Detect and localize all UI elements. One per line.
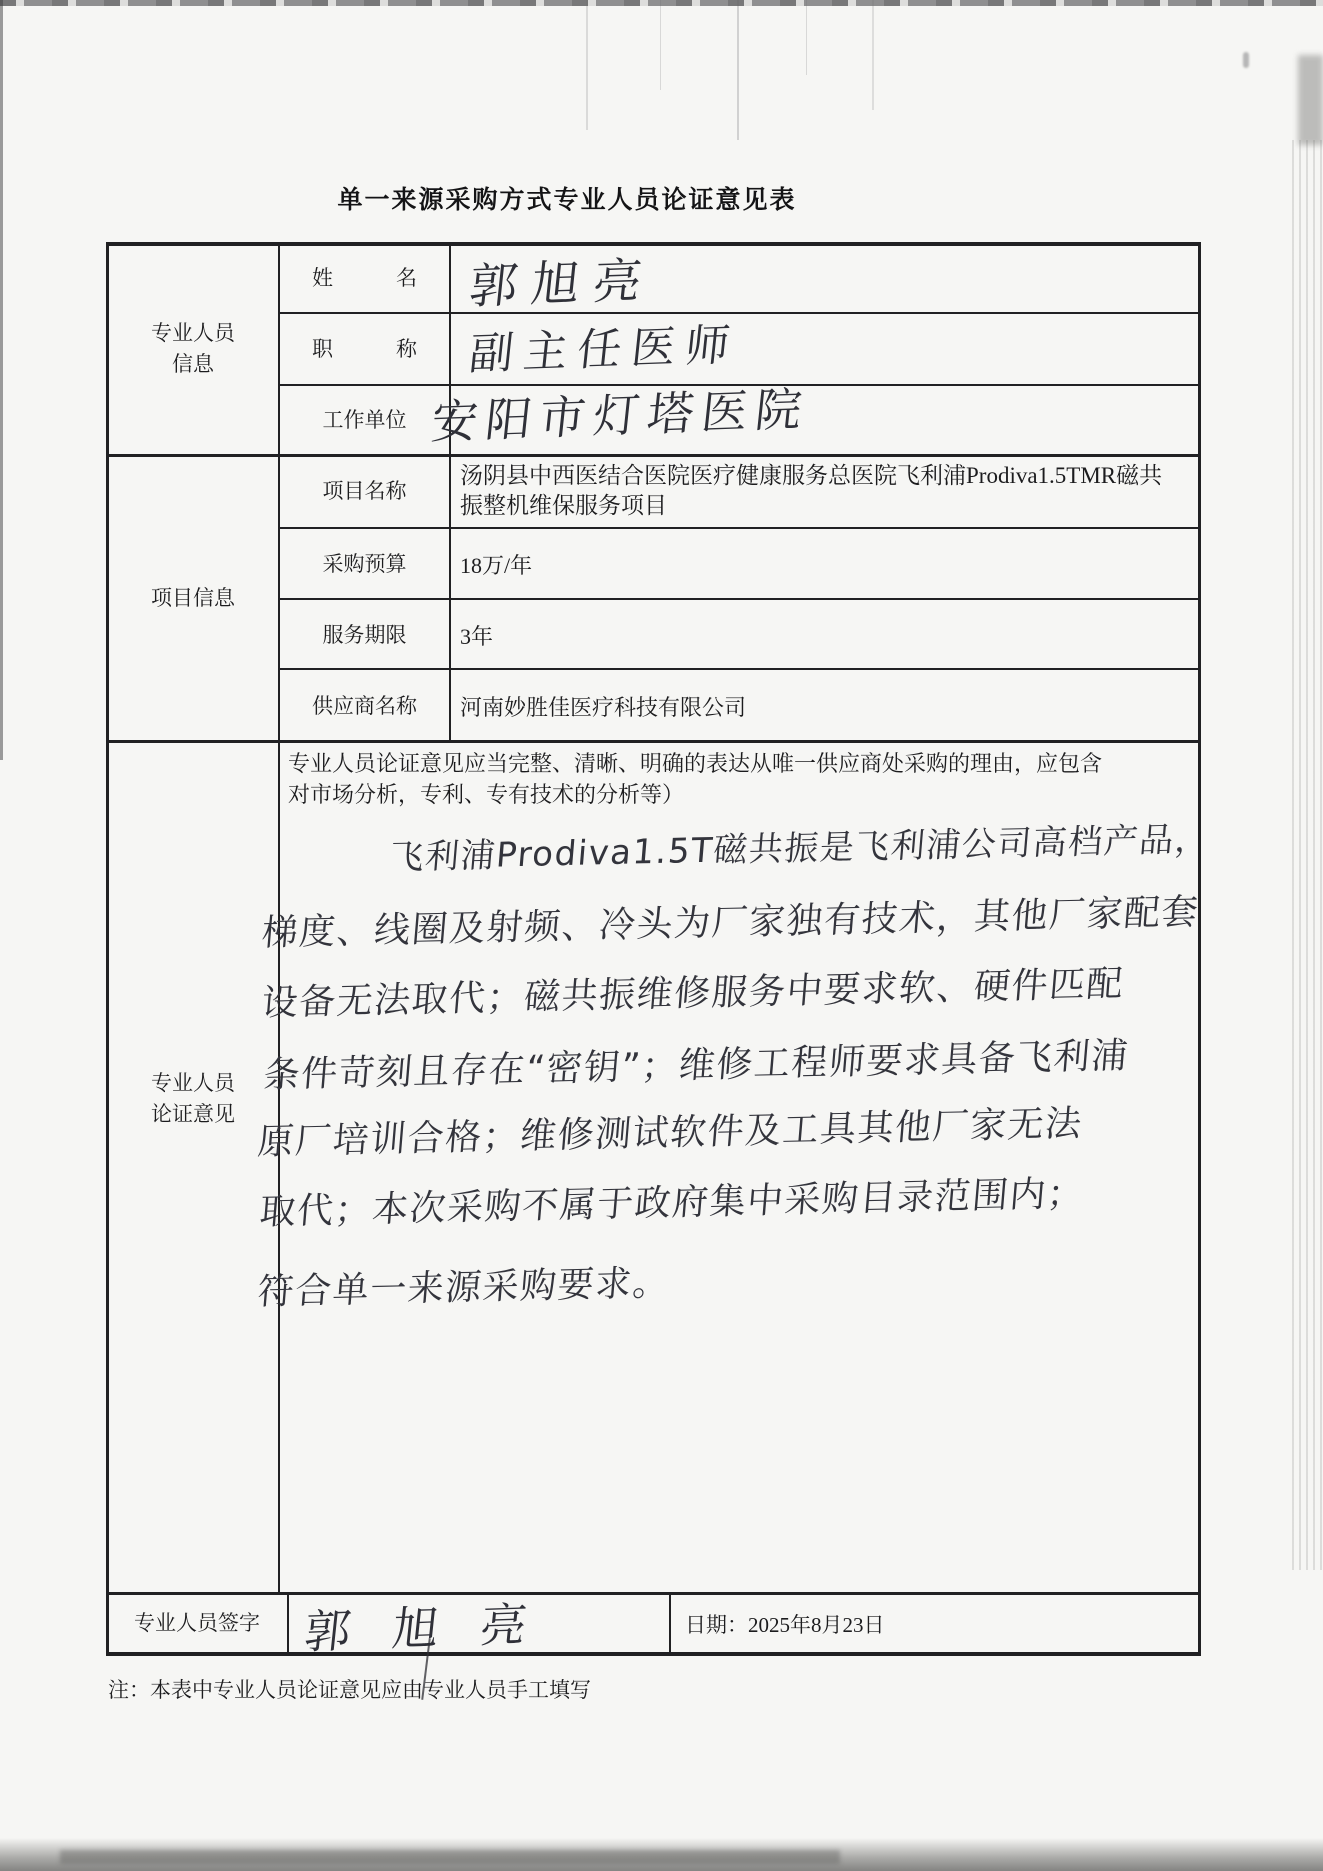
border-sig-col1 (287, 1593, 289, 1654)
handwritten-signature: 郭旭亮 (302, 1587, 573, 1662)
opinion-handwriting-line-3: 设备无法取代；磁共振维修服务中要求软、硬件匹配 (260, 955, 1126, 1026)
signature-label: 专业人员签字 (107, 1593, 287, 1654)
opinion-handwriting-line-1: 飞利浦Prodiva1.5T磁共振是飞利浦公司高档产品， (388, 811, 1213, 879)
scan-right-edge-band (1292, 140, 1323, 1570)
scan-top-streak-5 (872, 0, 874, 110)
opinion-handwriting-line-5: 原厂培训合格；维修测试软件及工具其他厂家无法 (256, 1095, 1085, 1165)
scan-bottom-smear (60, 1850, 840, 1864)
border-sig-col2 (669, 1593, 671, 1654)
opinion-handwriting-line-6: 取代；本次采购不属于政府集中采购目录范围内； (258, 1165, 1087, 1235)
handwritten-name: 郭旭亮 (466, 241, 659, 317)
scan-right-small-mark (1243, 52, 1249, 68)
value-budget: 18万/年 (460, 528, 1190, 600)
field-label-project-name: 项目名称 (279, 455, 450, 528)
opinion-instruction-line-2: 对市场分析，专利、专有技术的分析等） (288, 780, 1193, 810)
footer-note: 注：本表中专业人员论证意见应由专业人员手工填写 (108, 1674, 591, 1704)
value-project-name: 汤阴县中西医结合医院医疗健康服务总医院飞利浦Prodiva1.5TMR磁共振整机… (460, 461, 1172, 521)
opinion-handwriting-line-2: 梯度、线圈及射频、冷头为厂家独有技术，其他厂家配套 (260, 884, 1201, 956)
scan-top-streak-2 (660, 0, 661, 90)
scanned-form-page: 单一来源采购方式专业人员论证意见表 专业人员信息 项目信息 专业人员论证意见 姓… (0, 0, 1323, 1871)
scan-bottom-band (0, 1838, 1323, 1871)
section-label-project: 项目信息 (147, 455, 239, 742)
scan-left-edge-line (0, 0, 3, 760)
handwritten-job-title: 副主任医师 (467, 308, 744, 382)
value-period: 3年 (460, 600, 1190, 670)
form-title: 单一来源采购方式专业人员论证意见表 (107, 180, 1027, 216)
signature-date: 日期：2025年8月23日 (685, 1593, 1185, 1654)
section-label-opinion: 专业人员论证意见 (147, 1066, 239, 1132)
border-section-1 (106, 454, 1201, 457)
field-label-period: 服务期限 (279, 600, 450, 670)
scan-right-edge-blob (1298, 55, 1323, 145)
scan-top-streak-3 (737, 0, 739, 140)
field-label-name: 姓 名 (279, 243, 450, 313)
handwritten-work-unit: 安阳市灯塔医院 (429, 373, 814, 452)
scan-top-streak-4 (806, 0, 807, 75)
opinion-handwriting-line-4: 条件苛刻且存在“密钥”；维修工程师要求具备飞利浦 (262, 1027, 1131, 1098)
value-supplier: 河南妙胜佳医疗科技有限公司 (460, 670, 1190, 742)
section-label-personnel: 专业人员信息 (147, 243, 239, 455)
field-label-work-unit: 工作单位 (279, 385, 450, 455)
scan-top-edge-band (0, 0, 1323, 6)
opinion-instruction-line-1: 专业人员论证意见应当完整、清晰、明确的表达从唯一供应商处采购的理由，应包含 (288, 749, 1193, 779)
field-label-job-title: 职 称 (279, 313, 450, 385)
field-label-budget: 采购预算 (279, 528, 450, 600)
opinion-handwriting-line-7: 符合单一来源采购要求。 (256, 1255, 673, 1315)
scan-top-streak-1 (586, 0, 588, 130)
field-label-supplier: 供应商名称 (279, 670, 450, 742)
